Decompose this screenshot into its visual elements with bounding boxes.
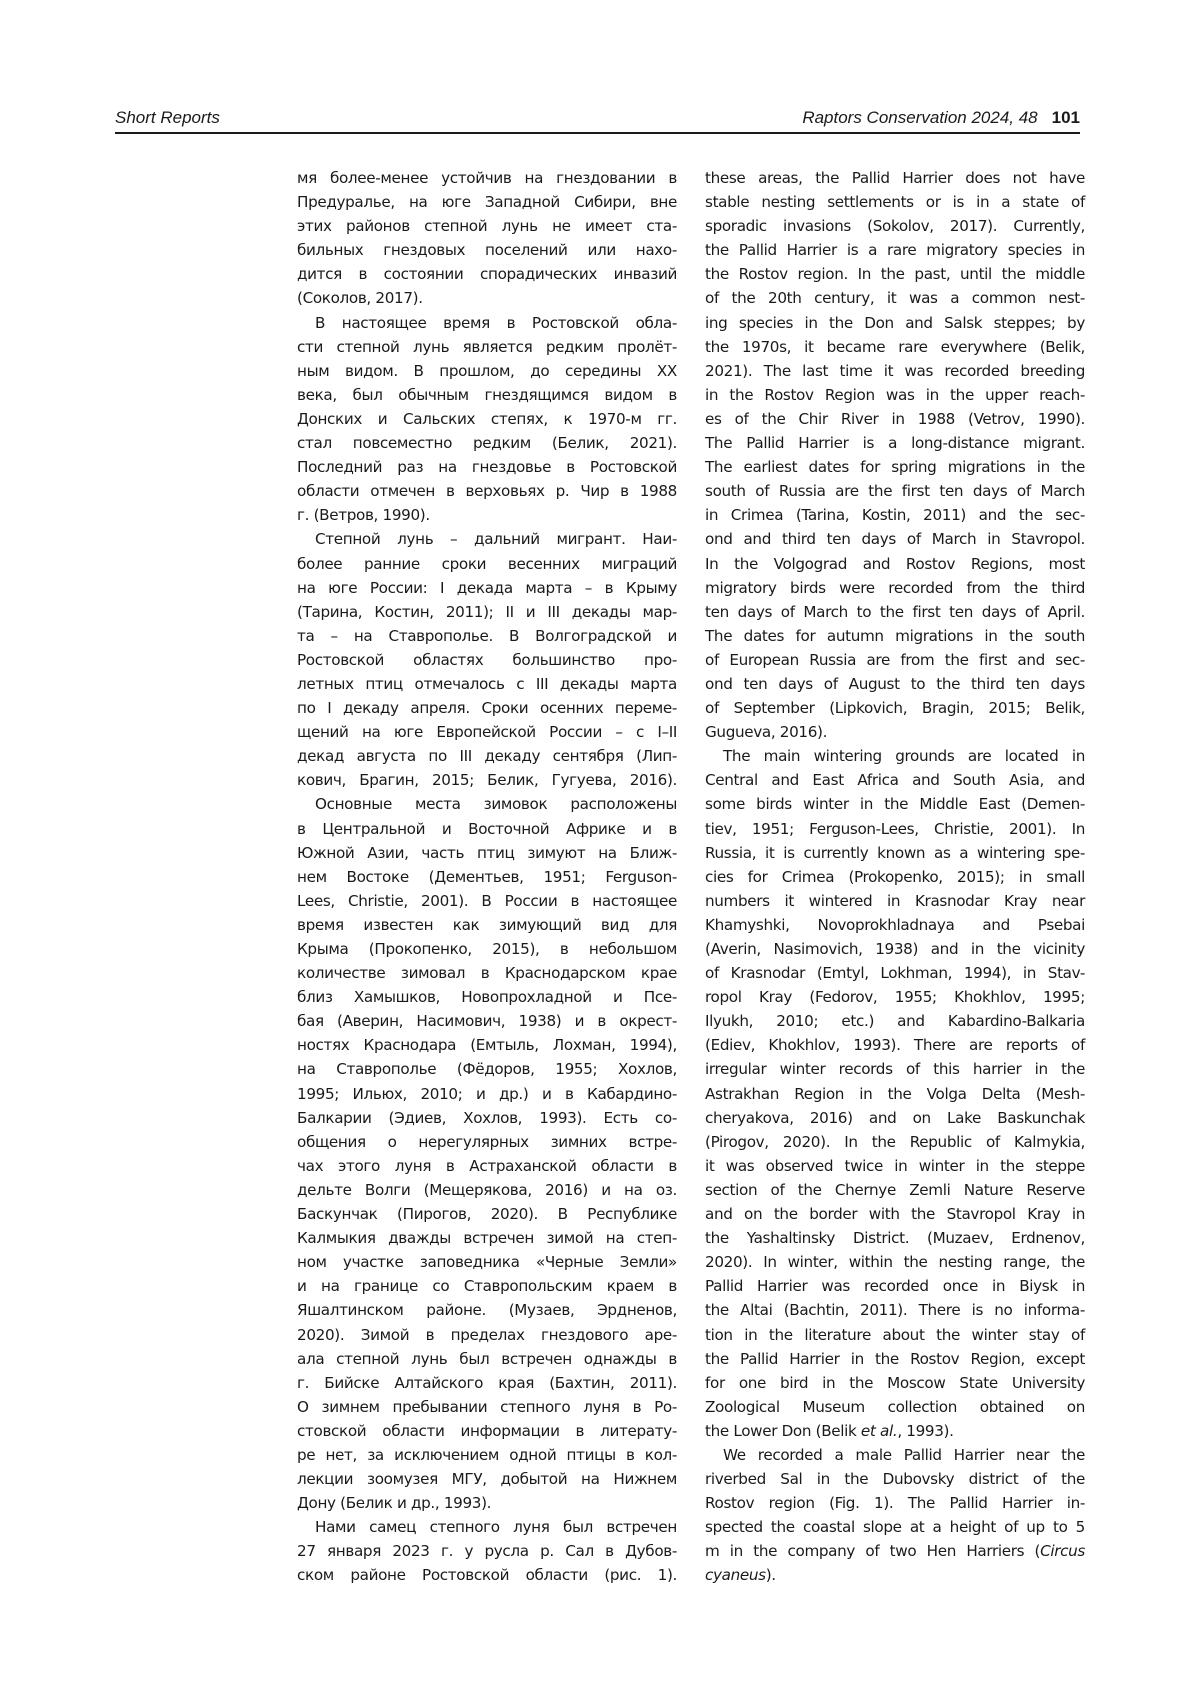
text-line: ным видом. В прошлом, до середины XX — [297, 359, 677, 383]
text-line: по I декаду апреля. Сроки осенних переме… — [297, 696, 677, 720]
text-line: ond ten days of August to the third ten … — [705, 672, 1085, 696]
text-line: ре нет, за исключением одной птицы в кол… — [297, 1443, 677, 1467]
text-line: The Pallid Harrier is a long-distance mi… — [705, 431, 1085, 455]
journal-citation: Raptors Conservation 2024, 48 — [802, 108, 1037, 127]
journal-info: Raptors Conservation 2024, 48101 — [802, 108, 1080, 128]
text-line: Последний раз на гнездовье в Ростовской — [297, 455, 677, 479]
text-line: Яшалтинском районе. (Музаев, Эрдненов, — [297, 1298, 677, 1322]
text-segment: m in the company of two Hen Harriers ( — [705, 1542, 1040, 1560]
text-line: ropol Kray (Fedorov, 1955; Khokhlov, 199… — [705, 985, 1085, 1009]
text-line: tiev, 1951; Ferguson-Lees, Christie, 200… — [705, 817, 1085, 841]
text-line: (Pirogov, 2020). In the Republic of Kalm… — [705, 1130, 1085, 1154]
paragraph-start: Степной лунь – дальний мигрант. Наи- — [297, 527, 677, 551]
text-line: близ Хамышков, Новопрохладной и Псе- — [297, 985, 677, 1009]
text-line: these areas, the Pallid Harrier does not… — [705, 166, 1085, 190]
text-line: (Тарина, Костин, 2011); II и III декады … — [297, 600, 677, 624]
text-segment: the Lower Don (Belik — [705, 1422, 861, 1440]
text-line: Central and East Africa and South Asia, … — [705, 768, 1085, 792]
text-line: Калмыкия дважды встречен зимой на степ- — [297, 1226, 677, 1250]
italic-et-al: et al. — [861, 1422, 897, 1440]
text-line: летных птиц отмечалось с III декады март… — [297, 672, 677, 696]
text-line: лекции зоомузея МГУ, добытой на Нижнем — [297, 1467, 677, 1491]
text-line: in the Rostov Region was in the upper re… — [705, 383, 1085, 407]
text-line: ном участке заповедника «Черные Земли» — [297, 1250, 677, 1274]
section-name: Short Reports — [115, 108, 220, 128]
text-line: ностях Краснодара (Емтыль, Лохман, 1994)… — [297, 1033, 677, 1057]
text-segment: ). — [766, 1566, 776, 1584]
text-line: it was observed twice in winter in the s… — [705, 1154, 1085, 1178]
italic-species-name: cyaneus — [705, 1566, 766, 1584]
text-line: ing species in the Don and Salsk steppes… — [705, 311, 1085, 335]
text-line: (Ediev, Khokhlov, 1993). There are repor… — [705, 1033, 1085, 1057]
text-line: the Yashaltinsky District. (Muzaev, Erdn… — [705, 1226, 1085, 1250]
text-line: (Averin, Nasimovich, 1938) and in the vi… — [705, 937, 1085, 961]
paragraph-start: Основные места зимовок расположены — [297, 792, 677, 816]
text-line: 27 января 2023 г. у русла р. Сал в Дубов… — [297, 1539, 677, 1563]
text-line: some birds winter in the Middle East (De… — [705, 792, 1085, 816]
text-line: декад августа по III декаду сентября (Ли… — [297, 744, 677, 768]
text-line-with-italic: cyaneus). — [705, 1563, 1085, 1587]
text-line: на Ставрополье (Фёдоров, 1955; Хохлов, — [297, 1057, 677, 1081]
text-line: ten days of March to the first ten days … — [705, 600, 1085, 624]
text-line: Донских и Сальских степях, к 1970-м гг. — [297, 407, 677, 431]
text-line: области отмечен в верховьях р. Чир в 198… — [297, 479, 677, 503]
text-line: О зимнем пребывании степного луня в Ро- — [297, 1395, 677, 1419]
paragraph-start: В настоящее время в Ростовской обла- — [297, 311, 677, 335]
text-line: Предуралье, на юге Западной Сибири, вне — [297, 190, 677, 214]
text-line: г. Бийске Алтайского края (Бахтин, 2011)… — [297, 1371, 677, 1395]
running-header: Short Reports Raptors Conservation 2024,… — [115, 104, 1080, 134]
text-line: the Pallid Harrier is a rare migratory s… — [705, 238, 1085, 262]
text-line: spected the coastal slope at a height of… — [705, 1515, 1085, 1539]
text-line: numbers it wintered in Krasnodar Kray ne… — [705, 889, 1085, 913]
text-line: общения о нерегулярных зимних встре- — [297, 1130, 677, 1154]
text-line: of the 20th century, it was a common nes… — [705, 286, 1085, 310]
text-line: cheryakova, 2016) and on Lake Baskunchak — [705, 1106, 1085, 1130]
text-line-with-italic: m in the company of two Hen Harriers (Ci… — [705, 1539, 1085, 1563]
text-line: Крыма (Прокопенко, 2015), в небольшом — [297, 937, 677, 961]
text-line: Ilyukh, 2010; etc.) and Kabardino-Balkar… — [705, 1009, 1085, 1033]
text-line: Lees, Christie, 2001). В России в настоя… — [297, 889, 677, 913]
text-line: Pallid Harrier was recorded once in Biys… — [705, 1274, 1085, 1298]
text-line: Khamyshki, Novoprokhladnaya and Psebai — [705, 913, 1085, 937]
page-number: 101 — [1052, 108, 1080, 127]
text-line: (Соколов, 2017). — [297, 286, 677, 310]
paragraph-start: We recorded a male Pallid Harrier near t… — [705, 1443, 1085, 1467]
text-line: the Pallid Harrier in the Rostov Region,… — [705, 1347, 1085, 1371]
text-line: щений на юге Европейской России – с I–II — [297, 720, 677, 744]
text-line: tion in the literature about the winter … — [705, 1323, 1085, 1347]
text-line: мя более-менее устойчив на гнездовании в — [297, 166, 677, 190]
text-line: та – на Ставрополье. В Волгоградской и — [297, 624, 677, 648]
text-line: время известен как зимующий вид для — [297, 913, 677, 937]
text-line: г. (Ветров, 1990). — [297, 503, 677, 527]
text-line: Балкарии (Эдиев, Хохлов, 1993). Есть со- — [297, 1106, 677, 1130]
english-text-column: these areas, the Pallid Harrier does not… — [705, 166, 1085, 1588]
text-line: чах этого луня в Астраханской области в — [297, 1154, 677, 1178]
text-line: 1995; Ильюх, 2010; и др.) и в Кабардино- — [297, 1082, 677, 1106]
text-line: es of the Chir River in 1988 (Vetrov, 19… — [705, 407, 1085, 431]
text-line: the 1970s, it became rare everywhere (Be… — [705, 335, 1085, 359]
paragraph-start: The main wintering grounds are located i… — [705, 744, 1085, 768]
text-line: бая (Аверин, Насимович, 1938) и в окрест… — [297, 1009, 677, 1033]
text-line: этих районов степной лунь не имеет ста- — [297, 214, 677, 238]
text-line-with-italic: the Lower Don (Belik et al., 1993). — [705, 1419, 1085, 1443]
text-line: стовской области информации в литерату- — [297, 1419, 677, 1443]
text-line: бильных гнездовых поселений или нахо- — [297, 238, 677, 262]
text-line: section of the Chernye Zemli Nature Rese… — [705, 1178, 1085, 1202]
text-line: дится в состоянии спорадических инвазий — [297, 262, 677, 286]
text-line: of September (Lipkovich, Bragin, 2015; B… — [705, 696, 1085, 720]
text-line: Zoological Museum collection obtained on — [705, 1395, 1085, 1419]
text-line: stable nesting settlements or is in a st… — [705, 190, 1085, 214]
text-line: ском районе Ростовской области (рис. 1). — [297, 1563, 677, 1587]
text-line: нем Востоке (Дементьев, 1951; Ferguson- — [297, 865, 677, 889]
text-line: сти степной лунь является редким пролёт- — [297, 335, 677, 359]
text-line: Gugueva, 2016). — [705, 720, 1085, 744]
text-line: The dates for autumn migrations in the s… — [705, 624, 1085, 648]
text-line: на юге России: I декада марта – в Крыму — [297, 576, 677, 600]
text-line: sporadic invasions (Sokolov, 2017). Curr… — [705, 214, 1085, 238]
text-line: in Crimea (Tarina, Kostin, 2011) and the… — [705, 503, 1085, 527]
text-line: In the Volgograd and Rostov Regions, mos… — [705, 552, 1085, 576]
italic-genus-name: Circus — [1040, 1542, 1085, 1560]
text-line: the Altai (Bachtin, 2011). There is no i… — [705, 1298, 1085, 1322]
text-line: of European Russia are from the first an… — [705, 648, 1085, 672]
text-line: дельте Волги (Мещерякова, 2016) и на оз. — [297, 1178, 677, 1202]
text-line: of Krasnodar (Emtyl, Lokhman, 1994), in … — [705, 961, 1085, 985]
text-line: Южной Азии, часть птиц зимуют на Ближ- — [297, 841, 677, 865]
text-line: migratory birds were recorded from the t… — [705, 576, 1085, 600]
text-line: ала степной лунь был встречен однажды в — [297, 1347, 677, 1371]
text-line: south of Russia are the first ten days o… — [705, 479, 1085, 503]
text-line: ond and third ten days of March in Stavr… — [705, 527, 1085, 551]
text-line: Astrakhan Region in the Volga Delta (Mes… — [705, 1082, 1085, 1106]
text-line: в Центральной и Восточной Африке и в — [297, 817, 677, 841]
text-line: for one bird in the Moscow State Univers… — [705, 1371, 1085, 1395]
text-line: 2021). The last time it was recorded bre… — [705, 359, 1085, 383]
text-line: the Rostov region. In the past, until th… — [705, 262, 1085, 286]
text-line: количестве зимовал в Краснодарском крае — [297, 961, 677, 985]
text-line: and on the border with the Stavropol Kra… — [705, 1202, 1085, 1226]
text-line: стал повсеместно редким (Белик, 2021). — [297, 431, 677, 455]
text-line: Дону (Белик и др., 1993). — [297, 1491, 677, 1515]
text-line: 2020). In winter, within the nesting ran… — [705, 1250, 1085, 1274]
text-line: более ранние сроки весенних миграций — [297, 552, 677, 576]
text-line: Rostov region (Fig. 1). The Pallid Harri… — [705, 1491, 1085, 1515]
text-line: века, был обычным гнездящимся видом в — [297, 383, 677, 407]
russian-text-column: мя более-менее устойчив на гнездовании в… — [297, 166, 677, 1588]
text-line: Russia, it is currently known as a winte… — [705, 841, 1085, 865]
text-line: The earliest dates for spring migrations… — [705, 455, 1085, 479]
text-line: cies for Crimea (Prokopenko, 2015); in s… — [705, 865, 1085, 889]
paragraph-start: Нами самец степного луня был встречен — [297, 1515, 677, 1539]
text-line: и на границе со Ставропольским краем в — [297, 1274, 677, 1298]
text-segment: , 1993). — [897, 1422, 953, 1440]
text-line: Баскунчак (Пирогов, 2020). В Республике — [297, 1202, 677, 1226]
text-line: 2020). Зимой в пределах гнездового аре- — [297, 1323, 677, 1347]
text-line: irregular winter records of this harrier… — [705, 1057, 1085, 1081]
text-line: кович, Брагин, 2015; Белик, Гугуева, 201… — [297, 768, 677, 792]
text-line: riverbed Sal in the Dubovsky district of… — [705, 1467, 1085, 1491]
text-line: Ростовской областях большинство про- — [297, 648, 677, 672]
